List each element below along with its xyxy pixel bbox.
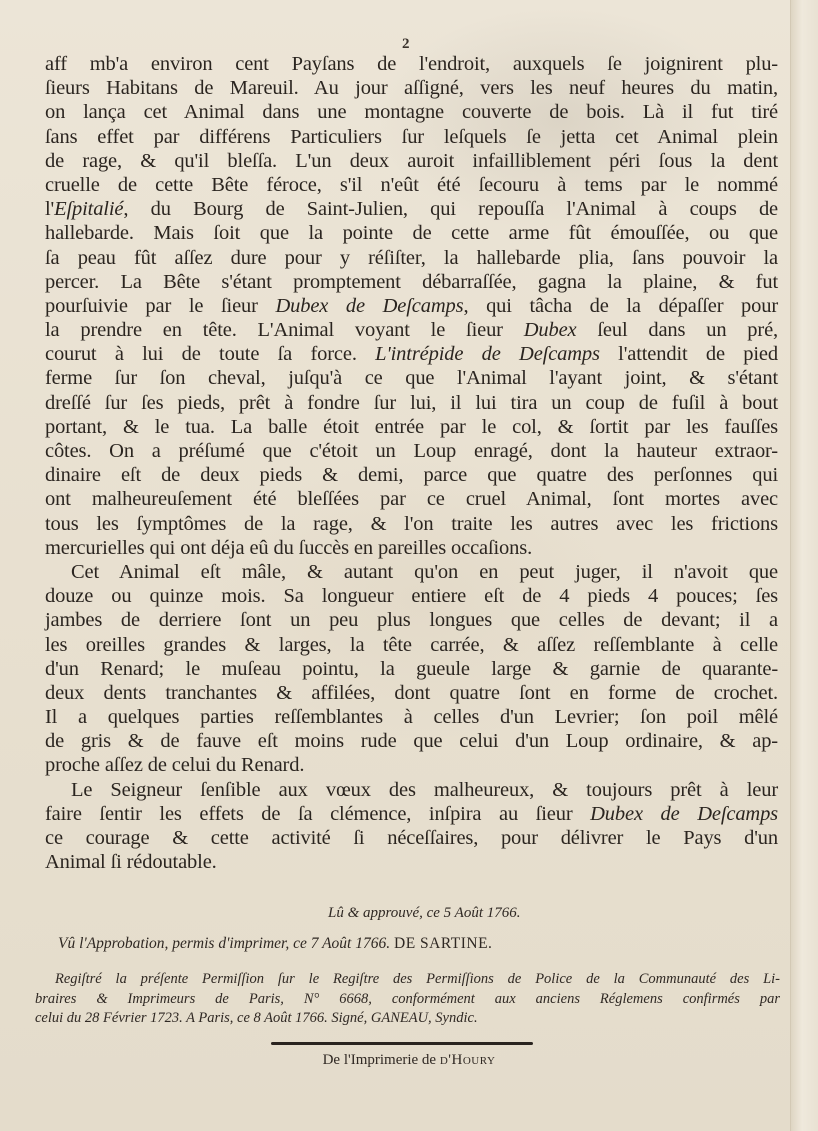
text-line: d'un Renard; le muſeau pointu, la gueule… xyxy=(45,657,778,681)
text-line: dreſſé ſur ſes pieds, prêt à fondre ſur … xyxy=(45,391,778,415)
text-line: tous les ſymptômes de la rage, & l'on tr… xyxy=(45,512,778,536)
text-line: Animal ſi rédoutable. xyxy=(45,850,778,874)
text-line: la prendre en tête. L'Animal voyant le ſ… xyxy=(45,318,778,342)
text-line: ferme ſur ſon cheval, juſqu'à ce que l'A… xyxy=(45,366,778,390)
paragraph-3: Le Seigneur ſenſible aux vœux des malheu… xyxy=(45,778,778,875)
paragraph-2: Cet Animal eſt mâle, & autant qu'on en p… xyxy=(45,560,778,778)
horizontal-rule xyxy=(271,1042,533,1045)
text-line: ont malheureuſement été bleſſées par ce … xyxy=(45,487,778,511)
text-line: pourſuivie par le ſieur Dubex de Deſcamp… xyxy=(45,294,778,318)
text-line: ſieurs Habitans de Mareuil. Au jour aſſi… xyxy=(45,76,778,100)
text-line: Le Seigneur ſenſible aux vœux des malheu… xyxy=(45,778,778,802)
text-line: cruelle de cette Bête féroce, s'il n'eût… xyxy=(45,173,778,197)
printer-imprint: De l'Imprimerie de d'Houry xyxy=(0,1052,818,1069)
text-line: portant, & le tua. La balle étoit entrée… xyxy=(45,415,778,439)
registration-line: braires & Imprimeurs de Paris, N° 6668, … xyxy=(35,990,780,1010)
text-line: jambes de derriere ſont un peu plus long… xyxy=(45,608,778,632)
text-line: ſa peau fût aſſez dure pour y réſiſter, … xyxy=(45,246,778,270)
text-line: proche aſſez de celui du Renard. xyxy=(45,753,778,777)
text-line: Il a quelques parties reſſemblantes à ce… xyxy=(45,705,778,729)
text-line: dinaire eſt de deux pieds & demi, parce … xyxy=(45,463,778,487)
text-line: Cet Animal eſt mâle, & autant qu'on en p… xyxy=(45,560,778,584)
permission-signatory: DE SARTINE. xyxy=(394,935,492,952)
text-line: les oreilles grandes & larges, la tête c… xyxy=(45,633,778,657)
text-line: l'Eſpitalié, du Bourg de Saint-Julien, q… xyxy=(45,197,778,221)
page-number: 2 xyxy=(402,36,410,53)
paragraph-1: aff mb'a environ cent Payſans de l'endro… xyxy=(45,52,778,560)
text-line: deux dents tranchantes & affilées, dont … xyxy=(45,681,778,705)
text-line: ce courage & cette activité ſi néceſſair… xyxy=(45,826,778,850)
text-line: courut à lui de toute ſa force. L'intrép… xyxy=(45,342,778,366)
text-line: douze ou quinze mois. Sa longueur entier… xyxy=(45,584,778,608)
imprint-prefix: De l'Imprimerie de xyxy=(323,1052,437,1068)
registration-line: celui du 28 Février 1723. A Paris, ce 8 … xyxy=(35,1009,780,1029)
text-line: faire ſentir les effets de ſa clémence, … xyxy=(45,802,778,826)
imprint-printer: d'Houry xyxy=(440,1052,496,1068)
text-line: ſans effet par différens Particuliers ſu… xyxy=(45,125,778,149)
registration-line: Regiſtré la préſente Permiſſion ſur le R… xyxy=(35,970,780,990)
text-line: on lança cet Animal dans une montagne co… xyxy=(45,100,778,124)
registration-note: Regiſtré la préſente Permiſſion ſur le R… xyxy=(35,970,780,1029)
text-line: côtes. On a préſumé que c'étoit un Loup … xyxy=(45,439,778,463)
approval-note: Lû & approuvé, ce 5 Août 1766. xyxy=(328,905,520,922)
permission-note: Vû l'Approbation, permis d'imprimer, ce … xyxy=(58,935,492,953)
text-line: percer. La Bête s'étant promptement déba… xyxy=(45,270,778,294)
page-edge xyxy=(790,0,818,1131)
text-line: de rage, & qu'il bleſſa. L'un deux auroi… xyxy=(45,149,778,173)
body-text: aff mb'a environ cent Payſans de l'endro… xyxy=(45,52,778,874)
text-line: aff mb'a environ cent Payſans de l'endro… xyxy=(45,52,778,76)
text-line: hallebarde. Mais ſoit que la pointe de c… xyxy=(45,221,778,245)
text-line: de gris & de fauve eſt moins rude que ce… xyxy=(45,729,778,753)
text-line: mercurielles qui ont déja eû du ſuccès e… xyxy=(45,536,778,560)
permission-text: Vû l'Approbation, permis d'imprimer, ce … xyxy=(58,935,390,952)
